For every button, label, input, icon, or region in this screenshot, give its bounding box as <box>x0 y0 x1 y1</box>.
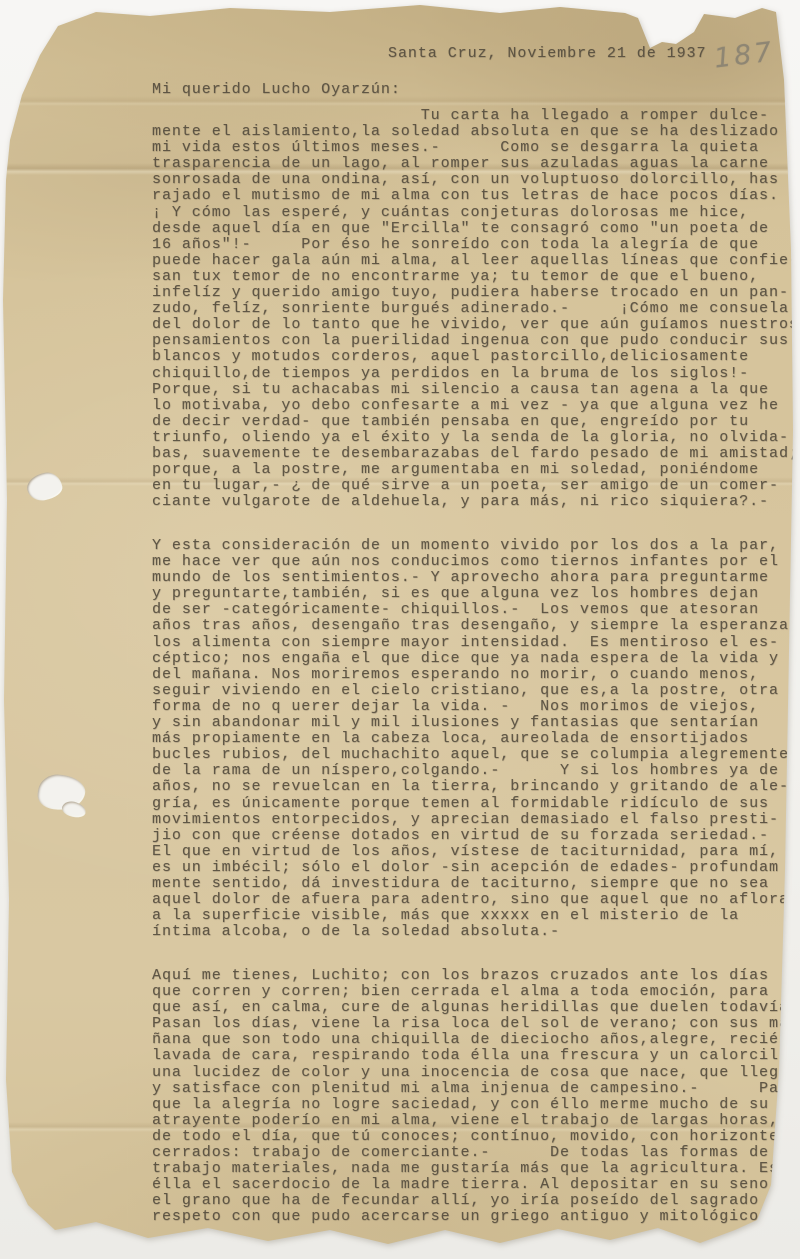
pencil-page-number: 187 <box>712 36 776 74</box>
paragraph: Y esta consideración de un momento vivid… <box>152 538 789 940</box>
paragraph: Tu carta ha llegado a romper dulce- ment… <box>152 108 799 510</box>
scanned-letter-background: Santa Cruz, Noviembre 21 de 1937 187 Mi … <box>0 0 800 1259</box>
salutation: Mi querido Lucho Oyarzún: <box>152 82 401 98</box>
dateline: Santa Cruz, Noviembre 21 de 1937 <box>388 46 706 62</box>
paper-shadow-wrapper: Santa Cruz, Noviembre 21 de 1937 187 Mi … <box>0 0 800 1259</box>
paragraph: Aquí me tienes, Luchito; con los brazos … <box>152 968 800 1226</box>
letter-paper: Santa Cruz, Noviembre 21 de 1937 187 Mi … <box>0 0 800 1259</box>
